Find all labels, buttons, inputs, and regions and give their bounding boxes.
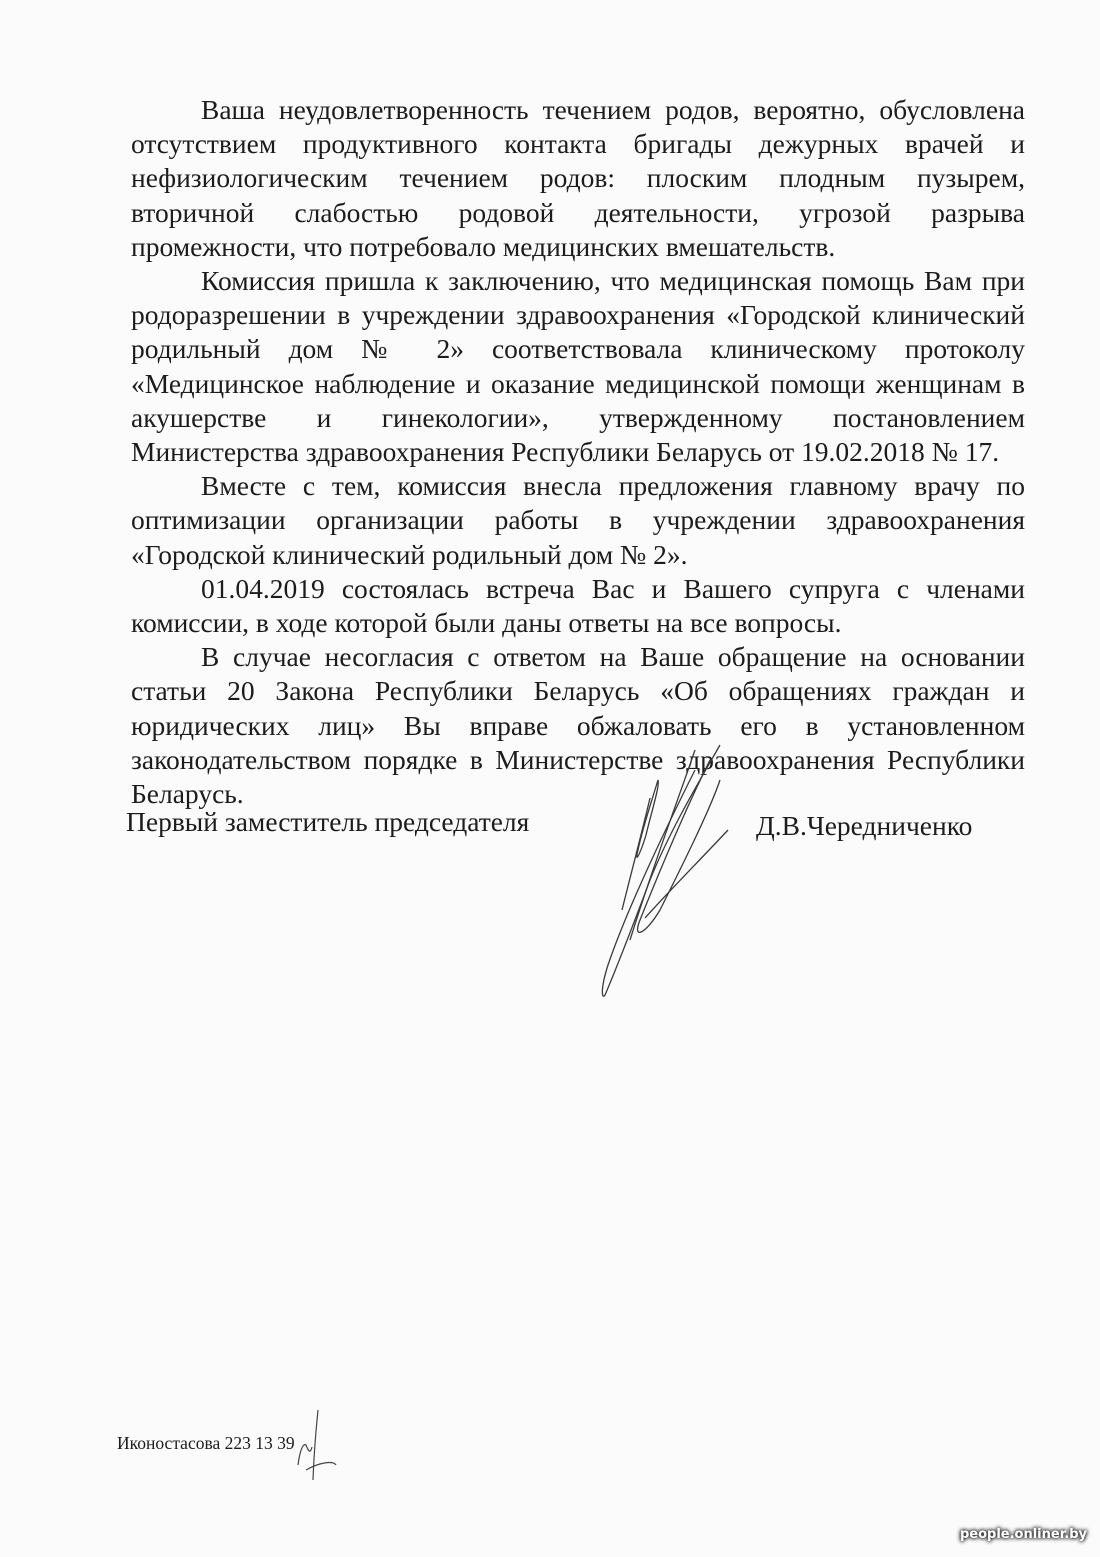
- executor-footer: Иконостасова 223 13 39: [117, 1433, 295, 1454]
- paragraph-commission-conclusion: Комиссия пришла к заключению, что медици…: [131, 264, 1025, 469]
- paragraph-meeting: 01.04.2019 состоялась встреча Вас и Ваше…: [131, 572, 1025, 640]
- signatory-name: Д.В.Чередниченко: [756, 810, 972, 842]
- handwritten-initials-icon: [288, 1405, 358, 1485]
- document-page: Ваша неудовлетворенность течением родов,…: [0, 0, 1100, 1557]
- letter-body: Ваша неудовлетворенность течением родов,…: [131, 93, 1025, 811]
- handwritten-signature-icon: [560, 740, 760, 1000]
- signatory-title: Первый заместитель председателя: [126, 806, 529, 838]
- paragraph-proposals: Вместе с тем, комиссия внесла предложени…: [131, 469, 1025, 572]
- paragraph-dissatisfaction: Ваша неудовлетворенность течением родов,…: [131, 93, 1025, 264]
- watermark: people.onliner.by: [960, 1527, 1087, 1542]
